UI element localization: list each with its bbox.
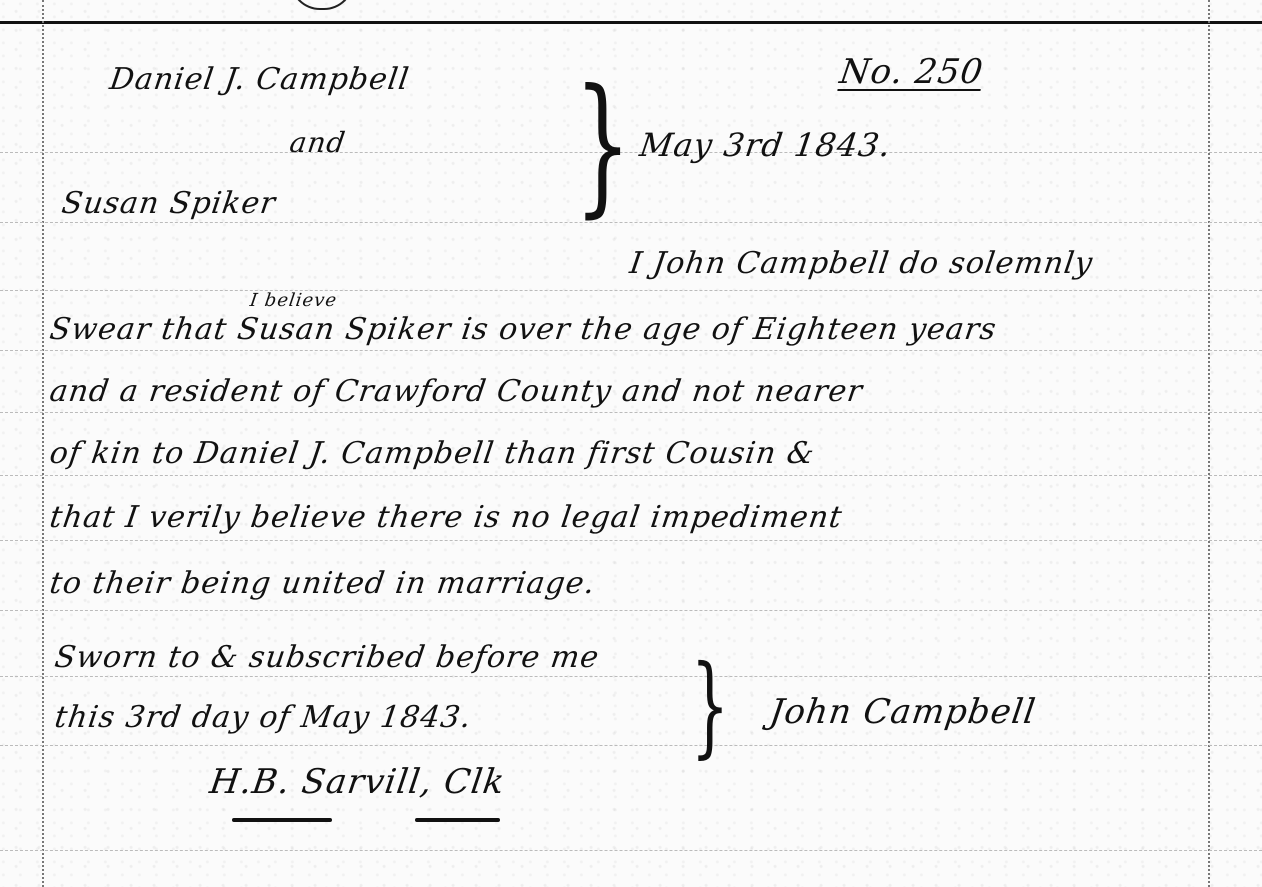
ruled-line — [0, 290, 1262, 291]
affidavit-line-4: of kin to Daniel J. Campbell than first … — [48, 436, 818, 471]
signature-flourish — [232, 818, 332, 822]
record-date: May 3rd 1843. — [637, 126, 893, 164]
conjunction: and — [288, 126, 348, 159]
bride-name: Susan Spiker — [60, 186, 279, 221]
affidavit-line-6: to their being united in marriage. — [48, 566, 598, 601]
brace-icon: } — [574, 70, 631, 220]
affidavit-line-2: Swear that Susan Spiker is over the age … — [48, 312, 999, 347]
ruled-line — [0, 475, 1262, 476]
signature-flourish — [415, 818, 500, 822]
brace-icon: } — [691, 650, 730, 760]
ruled-line — [0, 350, 1262, 351]
ruled-line — [0, 610, 1262, 611]
clerk-signature: H.B. Sarvill, Clk — [207, 762, 507, 802]
left-margin-line — [42, 0, 44, 887]
record-number: No. 250 — [837, 52, 986, 92]
jurat-line-1: Sworn to & subscribed before me — [53, 640, 602, 675]
ruled-line — [0, 850, 1262, 851]
right-margin-line — [1208, 0, 1210, 887]
jurat-line-2: this 3rd day of May 1843. — [53, 700, 474, 735]
ruled-line — [0, 676, 1262, 677]
top-rule — [0, 21, 1262, 24]
ruled-line — [0, 745, 1262, 746]
groom-name: Daniel J. Campbell — [108, 62, 412, 97]
affidavit-line-3: and a resident of Crawford County and no… — [48, 374, 866, 409]
ruled-line — [0, 540, 1262, 541]
scanned-document-page: Daniel J. Campbell and Susan Spiker } No… — [0, 0, 1262, 887]
affiant-signature: John Campbell — [767, 692, 1038, 732]
affidavit-line-1: I John Campbell do solemnly — [628, 246, 1096, 281]
top-flourish — [290, 0, 354, 10]
ruled-line — [0, 412, 1262, 413]
affidavit-line-5: that I verily believe there is no legal … — [48, 500, 845, 535]
interlineation: I believe — [249, 290, 339, 311]
